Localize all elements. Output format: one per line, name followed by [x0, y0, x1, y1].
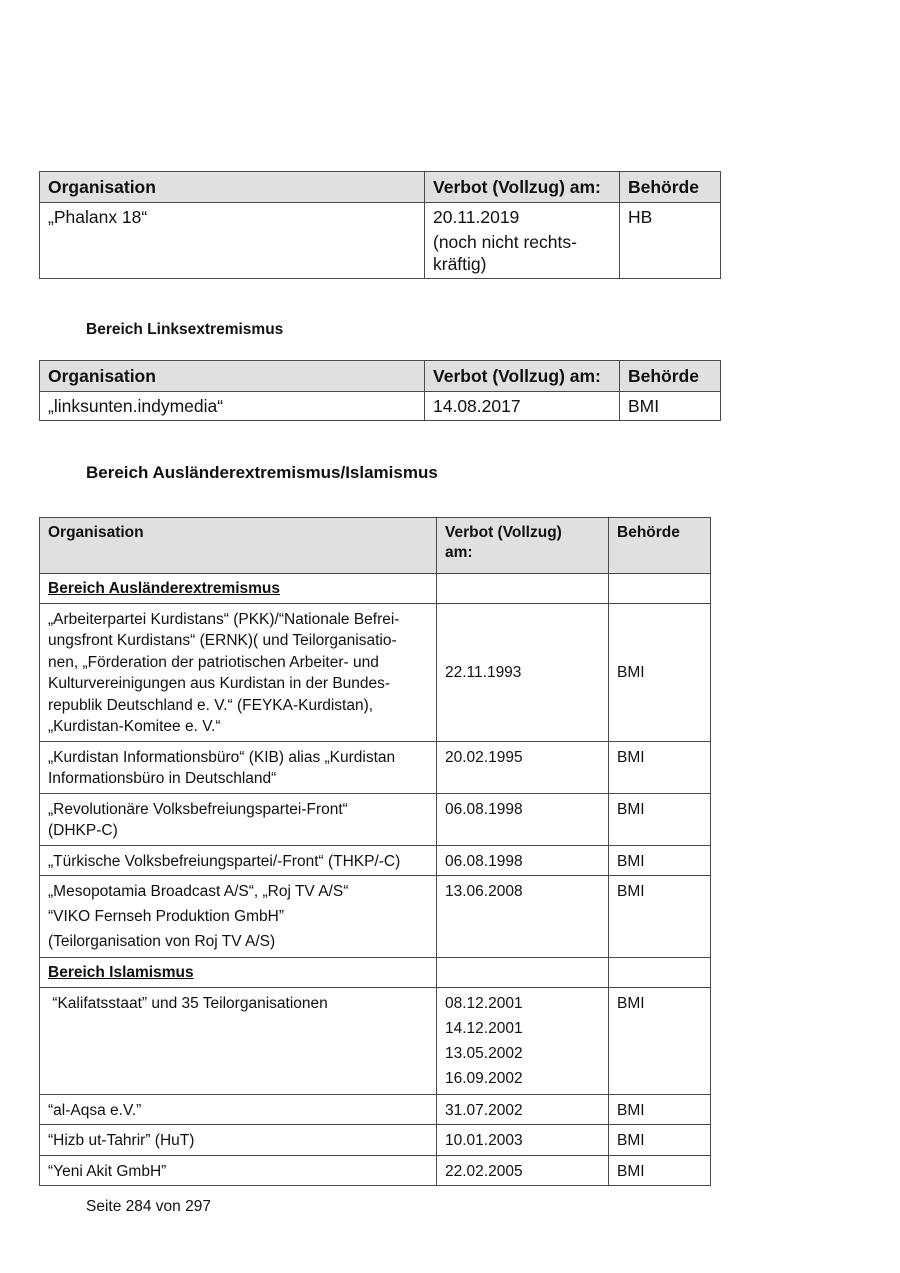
table-row: “Kalifatsstaat” und 35 Teilorganisatione… [40, 987, 711, 1094]
cell-organisation: „linksunten.indymedia“ [40, 392, 425, 421]
ban-table-foreign-extremism-islamism: Organisation Verbot (Vollzug) am: Behörd… [39, 517, 711, 1186]
cell-organisation: „Phalanx 18“ [40, 203, 425, 279]
cell-ban-date: 13.06.2008 [437, 876, 609, 958]
ban-date: 14.12.2001 [445, 1016, 600, 1041]
cell-authority: BMI [609, 741, 711, 793]
table-row: „Arbeiterpartei Kurdistans“ (PKK)/“Natio… [40, 603, 711, 741]
ban-date: 13.06.2008 [445, 879, 600, 904]
empty-cell [437, 574, 609, 604]
table-row: „Türkische Volksbefreiungspartei/-Front“… [40, 845, 711, 876]
cell-ban-date: 20.11.2019 (noch nicht rechts- kräftig) [425, 203, 620, 279]
cell-organisation: „Kurdistan Informationsbüro“ (KIB) alias… [40, 741, 437, 793]
section-heading-foreign-extremism-islamism: Bereich Ausländerextremismus/Islamismus [86, 463, 438, 483]
ban-date: 20.11.2019 [433, 205, 611, 229]
empty-cell [609, 574, 711, 604]
cell-authority: HB [620, 203, 721, 279]
header-organisation: Organisation [40, 518, 437, 574]
header-ban-date: Verbot (Vollzug) am: [425, 361, 620, 392]
empty-cell [609, 958, 711, 988]
section-heading-left-wing: Bereich Linksextremismus [86, 321, 283, 339]
header-authority: Behörde [620, 172, 721, 203]
header-authority: Behörde [609, 518, 711, 574]
cell-ban-date: 06.08.1998 [437, 793, 609, 845]
ban-date: 08.12.2001 [445, 991, 600, 1016]
cell-authority: BMI [609, 876, 711, 958]
table-header-row: Organisation Verbot (Vollzug) am: Behörd… [40, 172, 721, 203]
cell-ban-date: 06.08.1998 [437, 845, 609, 876]
page-number: Seite 284 von 297 [86, 1198, 211, 1216]
header-organisation: Organisation [40, 172, 425, 203]
header-organisation: Organisation [40, 361, 425, 392]
header-ban-date: Verbot (Vollzug) am: [425, 172, 620, 203]
ban-date: 31.07.2002 [445, 1100, 600, 1122]
cell-ban-date: 22.02.2005 [437, 1155, 609, 1186]
cell-ban-date: 10.01.2003 [437, 1125, 609, 1156]
ban-date: 06.08.1998 [445, 851, 600, 873]
cell-ban-date: 22.11.1993 [437, 603, 609, 741]
ban-table-left-wing: Organisation Verbot (Vollzug) am: Behörd… [39, 360, 721, 421]
cell-organisation: „Mesopotamia Broadcast A/S“, „Roj TV A/S… [40, 876, 437, 958]
ban-table-right-wing: Organisation Verbot (Vollzug) am: Behörd… [39, 171, 721, 279]
cell-ban-date: 08.12.200114.12.200113.05.200216.09.2002 [437, 987, 609, 1094]
table-row: “Hizb ut-Tahrir” (HuT)10.01.2003BMI [40, 1125, 711, 1156]
group-label-cell: Bereich Islamismus [40, 958, 437, 988]
ban-date: 22.02.2005 [445, 1161, 600, 1183]
cell-organisation: “Yeni Akit GmbH” [40, 1155, 437, 1186]
cell-organisation: „Türkische Volksbefreiungspartei/-Front“… [40, 845, 437, 876]
ban-date: 16.09.2002 [445, 1066, 600, 1091]
group-label: Bereich Islamismus [48, 964, 194, 981]
table-row: “Yeni Akit GmbH”22.02.2005BMI [40, 1155, 711, 1186]
table-body: Bereich Ausländerextremismus„Arbeiterpar… [40, 574, 711, 1186]
cell-ban-date: 31.07.2002 [437, 1094, 609, 1125]
table-row: “al-Aqsa e.V.”31.07.2002BMI [40, 1094, 711, 1125]
cell-authority: BMI [609, 845, 711, 876]
empty-cell [437, 958, 609, 988]
group-header-row: Bereich Ausländerextremismus [40, 574, 711, 604]
cell-organisation: “al-Aqsa e.V.” [40, 1094, 437, 1125]
ban-date: 20.02.1995 [445, 747, 600, 769]
cell-authority: BMI [609, 1125, 711, 1156]
ban-date-note: (noch nicht rechts- kräftig) [433, 231, 611, 275]
table-header-row: Organisation Verbot (Vollzug) am: Behörd… [40, 361, 721, 392]
table-row: „Phalanx 18“ 20.11.2019 (noch nicht rech… [40, 203, 721, 279]
table-header-row: Organisation Verbot (Vollzug) am: Behörd… [40, 518, 711, 574]
group-label-cell: Bereich Ausländerextremismus [40, 574, 437, 604]
ban-date: 06.08.1998 [445, 799, 600, 821]
cell-organisation: “Kalifatsstaat” und 35 Teilorganisatione… [40, 987, 437, 1094]
ban-date: 13.05.2002 [445, 1041, 600, 1066]
cell-organisation: „Arbeiterpartei Kurdistans“ (PKK)/“Natio… [40, 603, 437, 741]
group-header-row: Bereich Islamismus [40, 958, 711, 988]
header-authority: Behörde [620, 361, 721, 392]
cell-authority: BMI [609, 1155, 711, 1186]
cell-ban-date: 20.02.1995 [437, 741, 609, 793]
cell-authority: BMI [609, 987, 711, 1094]
ban-date: 10.01.2003 [445, 1130, 600, 1152]
table-row: „Revolutionäre Volksbefreiungspartei-Fro… [40, 793, 711, 845]
header-ban-date: Verbot (Vollzug) am: [437, 518, 609, 574]
cell-organisation: „Revolutionäre Volksbefreiungspartei-Fro… [40, 793, 437, 845]
cell-ban-date: 14.08.2017 [425, 392, 620, 421]
cell-authority: BMI [609, 793, 711, 845]
cell-organisation: “Hizb ut-Tahrir” (HuT) [40, 1125, 437, 1156]
table-row: „Kurdistan Informationsbüro“ (KIB) alias… [40, 741, 711, 793]
cell-authority: BMI [620, 392, 721, 421]
group-label: Bereich Ausländerextremismus [48, 580, 280, 597]
cell-authority: BMI [609, 1094, 711, 1125]
table-row: „linksunten.indymedia“ 14.08.2017 BMI [40, 392, 721, 421]
table-row: „Mesopotamia Broadcast A/S“, „Roj TV A/S… [40, 876, 711, 958]
cell-authority: BMI [609, 603, 711, 741]
ban-date: 22.11.1993 [445, 662, 600, 684]
